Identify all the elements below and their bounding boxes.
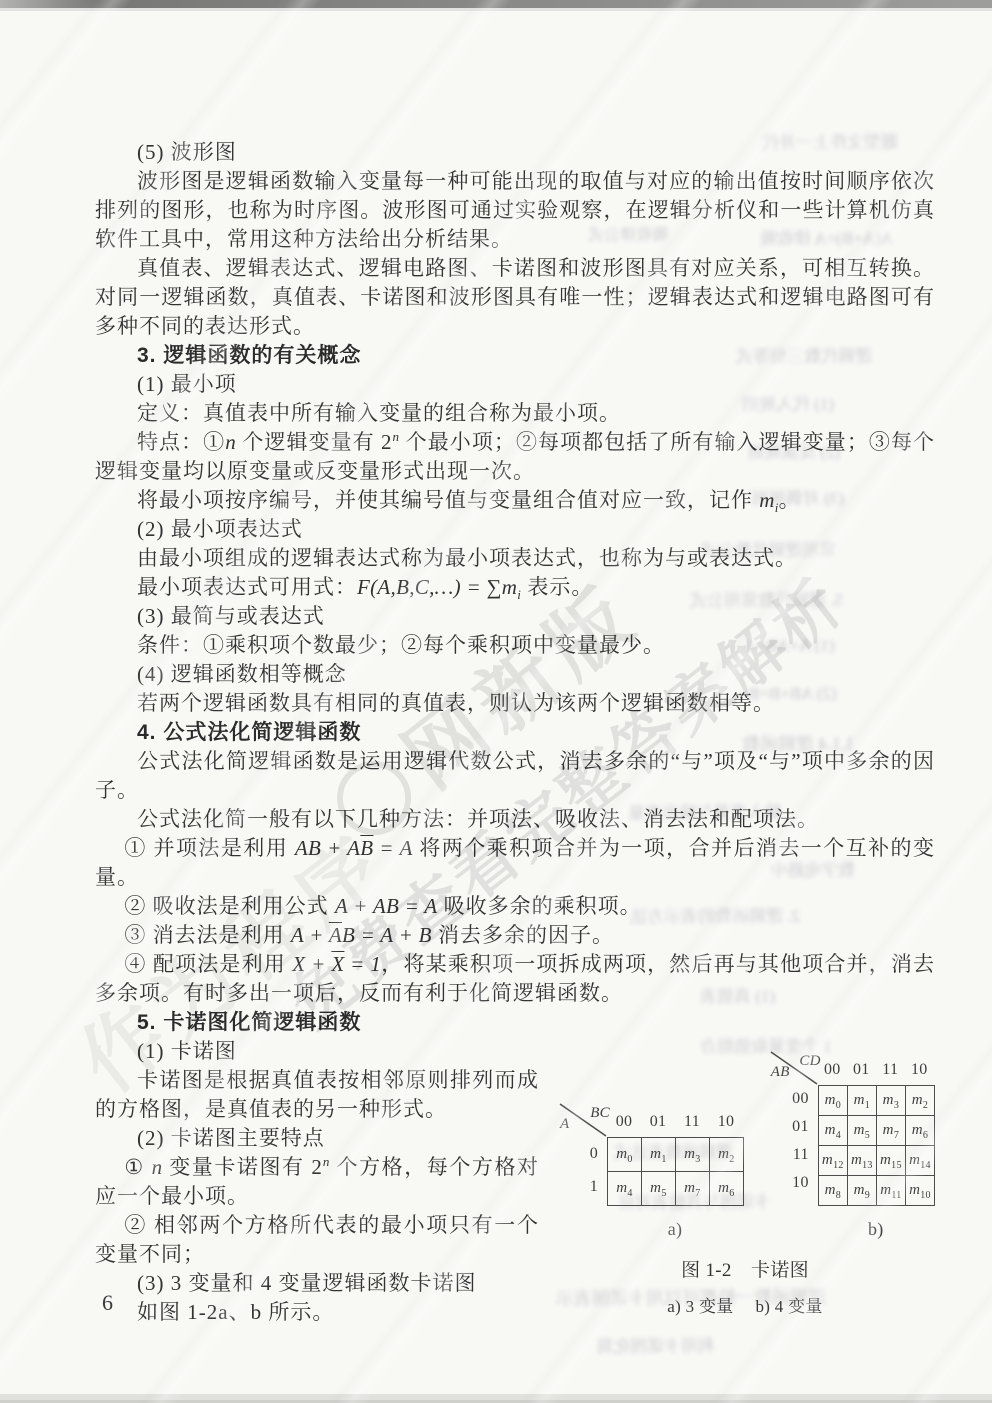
kmap-cell: m14: [905, 1146, 934, 1176]
paragraph: 条件：①乘积项个数最少；②每个乘积项中变量最少。: [95, 631, 935, 660]
paragraph: (4) 逻辑函数相等概念: [95, 660, 935, 689]
kmap-cell: m4: [608, 1172, 642, 1206]
body-text: (5) 波形图波形图是逻辑函数输入变量每一种可能出现的取值与对应的输出值按时间顺…: [0, 0, 992, 1327]
figure-subcaption: a) 3 变量 b) 4 变量: [555, 1292, 935, 1321]
figure-1-2: BCA0001111001m0m1m3m2m4m5m7m6a)CDAB00011…: [555, 1051, 935, 1321]
kmap-body: 01m0m1m3m2m4m5m7m6: [559, 1137, 744, 1206]
paragraph: 最小项表达式可用式：F(A,B,C,…) = ∑mi 表示。: [95, 573, 935, 602]
kmap-row-label: 1: [559, 1170, 607, 1203]
kmap-cell: m1: [641, 1138, 675, 1172]
section-heading: 3. 逻辑函数的有关概念: [95, 341, 935, 370]
kmap-corner-left-label: A: [560, 1110, 569, 1139]
kmap-cell: m4: [818, 1116, 847, 1146]
kmap-row-labels: 01: [559, 1137, 607, 1206]
kmap-cell: m8: [818, 1176, 847, 1206]
paragraph: 由最小项组成的逻辑表达式称为最小项表达式，也称为与或表达式。: [95, 544, 935, 573]
kmap-cell: m6: [905, 1116, 934, 1146]
kmap-corner-left-label: AB: [771, 1058, 790, 1087]
kmap-cell: m0: [818, 1086, 847, 1116]
page-number: 6: [102, 1290, 113, 1316]
kmap-cell: m11: [876, 1176, 905, 1206]
paragraph: (1) 最小项: [95, 370, 935, 399]
paragraph: 波形图是逻辑函数输入变量每一种可能出现的取值与对应的输出值按时间顺序依次排列的图…: [95, 167, 935, 254]
paragraph: ③ 消去法是利用 A + AB = A + B 消去多余的因子。: [95, 921, 935, 950]
kmap-grid-row: m12m13m15m14: [818, 1146, 934, 1176]
kmap-row-labels: 00011110: [770, 1085, 818, 1206]
kmap-cell: m7: [675, 1172, 709, 1206]
kmap-cell: m2: [905, 1086, 934, 1116]
paragraph: ② 吸收法是利用公式 A + AB = A 吸收多余的乘积项。: [95, 892, 935, 921]
kmap-sublabel: b): [818, 1215, 934, 1244]
kmap-header: CDAB00011110: [770, 1051, 935, 1085]
kmap-corner-top-label: BC: [590, 1099, 610, 1128]
kmap-corner-top-label: CD: [799, 1047, 820, 1076]
kmap-sublabel: a): [607, 1215, 743, 1244]
kmap-cell: m3: [675, 1138, 709, 1172]
paragraph: 将最小项按序编号，并使其编号值与变量组合值对应一致，记作 mi。: [95, 486, 935, 515]
kmap-grid-row: m8m9m11m10: [818, 1176, 934, 1206]
paragraph: 公式法化简逻辑函数是运用逻辑代数公式，消去多余的“与”项及“与”项中多余的因子。: [95, 747, 935, 805]
kmap-row-label: 11: [770, 1141, 818, 1169]
paragraph: (5) 波形图: [95, 138, 935, 167]
kmap-cell: m15: [876, 1146, 905, 1176]
kmap-cell: m10: [905, 1176, 934, 1206]
figure-caption: 图 1-2 卡诺图: [555, 1256, 935, 1285]
kmap-corner: CDAB: [770, 1051, 818, 1085]
kmaps-row: BCA0001111001m0m1m3m2m4m5m7m6a)CDAB00011…: [555, 1051, 935, 1244]
kmap-col-labels: 00011110: [607, 1103, 743, 1137]
kmap-row-label: 00: [770, 1085, 818, 1113]
kmap-cell: m1: [847, 1086, 876, 1116]
kmap-cell: m3: [876, 1086, 905, 1116]
kmap-header: BCA00011110: [559, 1103, 744, 1137]
section-heading: 4. 公式法化简逻辑函数: [95, 718, 935, 747]
kmap: BCA0001111001m0m1m3m2m4m5m7m6a): [559, 1103, 744, 1244]
paragraph: ④ 配项法是利用 X + X = 1，将某乘积项一项拆成两项，然后再与其他项合并…: [95, 950, 935, 1008]
kmap-body: 00011110m0m1m3m2m4m5m7m6m12m13m15m14m8m9…: [770, 1085, 935, 1206]
kmap-cell: m5: [847, 1116, 876, 1146]
kmap-cell: m2: [709, 1138, 743, 1172]
kmap-col-label: 10: [709, 1107, 743, 1137]
figure-text-flow: BCA0001111001m0m1m3m2m4m5m7m6a)CDAB00011…: [95, 1037, 935, 1327]
paragraph: 公式法化简一般有以下几种方法：并项法、吸收法、消去法和配项法。: [95, 805, 935, 834]
kmap-cell: m7: [876, 1116, 905, 1146]
kmap-cell: m5: [641, 1172, 675, 1206]
kmap-grid: m0m1m3m2m4m5m7m6: [607, 1137, 744, 1206]
kmap-col-label: 00: [607, 1107, 641, 1137]
kmap-grid-row: m4m5m7m6: [818, 1116, 934, 1146]
paragraph: (2) 最小项表达式: [95, 515, 935, 544]
paragraph: 若两个逻辑函数具有相同的真值表，则认为该两个逻辑函数相等。: [95, 689, 935, 718]
paragraph: 真值表、逻辑表达式、逻辑电路图、卡诺图和波形图具有对应关系，可相互转换。对同一逻…: [95, 254, 935, 341]
bleedthrough-text: 利用卡诺图化简: [596, 1332, 715, 1358]
paragraph: (3) 最简与或表达式: [95, 602, 935, 631]
kmap-col-label: 01: [847, 1055, 876, 1085]
paragraph: ① 并项法是利用 AB + AB = A 将两个乘积项合并为一项，合并后消去一个…: [95, 834, 935, 892]
kmap-col-labels: 00011110: [818, 1051, 934, 1085]
kmap-grid-row: m4m5m7m6: [608, 1172, 744, 1206]
kmap-row-label: 10: [770, 1169, 818, 1197]
kmap-cell: m9: [847, 1176, 876, 1206]
kmap-cell: m13: [847, 1146, 876, 1176]
kmap-cell: m12: [818, 1146, 847, 1176]
kmap-col-label: 00: [818, 1055, 847, 1085]
kmap-row-label: 01: [770, 1113, 818, 1141]
kmap-row-label: 0: [559, 1137, 607, 1170]
kmap: CDAB0001111000011110m0m1m3m2m4m5m7m6m12m…: [770, 1051, 935, 1244]
kmap-grid: m0m1m3m2m4m5m7m6m12m13m15m14m8m9m11m10: [818, 1085, 935, 1206]
scanned-page: 题型文件上一并代吸收律公式A(A+B)=A 律收吸逻辑代数三恒等式(1) 代入规…: [0, 0, 992, 1403]
kmap-corner: BCA: [559, 1103, 607, 1137]
main-text-flow: (5) 波形图波形图是逻辑函数输入变量每一种可能出现的取值与对应的输出值按时间顺…: [95, 138, 935, 1037]
kmap-cell: m0: [608, 1138, 642, 1172]
kmap-col-label: 11: [876, 1055, 905, 1085]
paragraph: 特点：①n 个逻辑变量有 2n 个最小项；②每项都包括了所有输入逻辑变量；③每个…: [95, 428, 935, 486]
kmap-grid-row: m0m1m3m2: [818, 1086, 934, 1116]
kmap-cell: m6: [709, 1172, 743, 1206]
kmap-grid-row: m0m1m3m2: [608, 1138, 744, 1172]
paragraph: 定义：真值表中所有输入变量的组合称为最小项。: [95, 399, 935, 428]
kmap-col-label: 01: [641, 1107, 675, 1137]
kmap-col-label: 10: [905, 1055, 934, 1085]
kmap-col-label: 11: [675, 1107, 709, 1137]
section-heading: 5. 卡诺图化简逻辑函数: [95, 1008, 935, 1037]
